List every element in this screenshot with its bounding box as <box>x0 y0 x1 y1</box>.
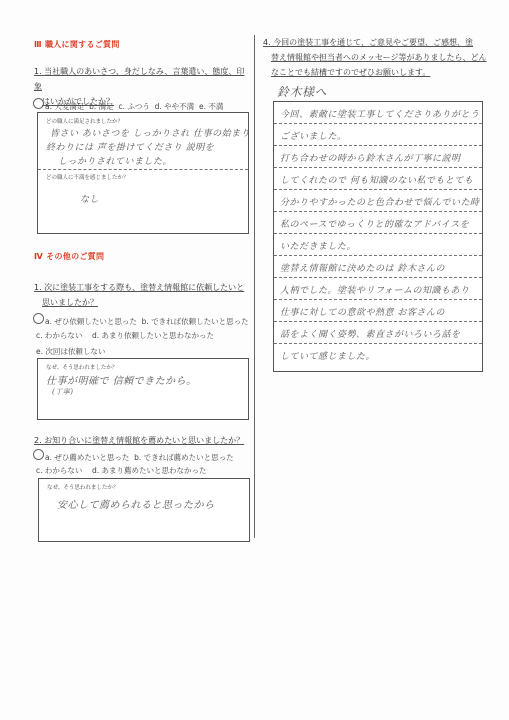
message-line: いただきました。 <box>274 234 482 256</box>
option-d[interactable]: d. あまり依頼したいと思わなかった <box>92 331 214 340</box>
option-a[interactable]: a. ぜひ依頼したいと思った <box>33 317 137 326</box>
question-text: 1. 次に塗装工事をする際も、塗替え情報館に依頼したいと <box>34 280 249 295</box>
reason-answer-line2[interactable]: (丁寧) <box>52 387 73 397</box>
message-line: 今回、素敵に塗装工事してくださりありがとう <box>274 102 482 124</box>
option-e[interactable]: e. 次回は依頼しない <box>36 347 105 356</box>
question-text-cont2: なことでも結構ですのでぜひお願いします。 <box>263 65 495 80</box>
message-line: 仕事に対しての意欲や熱意 お客さんの <box>274 300 482 322</box>
question-text: 1. 当社職人のあいさつ、身だしなみ、言葉遣い、態度、印象 <box>34 64 249 94</box>
question-text: 2. お知り合いに塗替え情報館を薦めたいと思いましたか？ <box>34 433 249 448</box>
dissatisfied-answer[interactable]: なし <box>80 192 99 205</box>
selected-circle-icon <box>33 98 44 109</box>
message-line: 私のペースでゆっくりと的確なアドバイスを <box>274 212 482 234</box>
option-e[interactable]: e. 不満 <box>199 102 223 111</box>
option-b[interactable]: b. できれば薦めたいと思った <box>134 453 234 462</box>
message-line: 人柄でした。塗装やリフォームの知識もあり <box>274 278 482 300</box>
options-4-2-row1: a. ぜひ薦めたいと思った b. できれば薦めたいと思った <box>33 449 234 463</box>
selected-circle-icon <box>33 313 44 324</box>
selected-circle-icon <box>33 449 44 460</box>
message-line: 塗替え情報館に決めたのは 鈴木さんの <box>274 256 482 278</box>
question-4: 4. 今回の塗装工事を通じて、ご意見やご要望、ご感想、塗 替え情報館や担当者への… <box>263 35 495 80</box>
satisfied-label: どの職人に満足されましたか？ <box>46 117 123 125</box>
satisfied-answer-line1[interactable]: 皆さい あいさつを しっかりされ 仕事の始まり <box>50 126 250 139</box>
message-box[interactable]: 今回、素敵に塗装工事してくださりありがとう ございました。 打ち合わせの時から鈴… <box>273 101 483 372</box>
comment-box-4-1: なぜ、そう思われましたか？ 仕事が明確で 信頼できたから。 (丁寧) <box>37 358 249 420</box>
options-4-1-row2: c. わからない d. あまり依頼したいと思わなかった <box>36 330 214 341</box>
message-line: 分かりやすかったのと色合わせで悩んでいた時 <box>274 190 482 212</box>
dissatisfied-label: どの職人に不満を感じましたか？ <box>46 173 129 181</box>
section-3-title: Ⅲ 職人に関するご質問 <box>34 39 120 50</box>
reason-label: なぜ、そう思われましたか？ <box>47 483 118 491</box>
options-4-1-row1: a. ぜひ依頼したいと思った b. できれば依頼したいと思った <box>33 313 249 327</box>
message-line: してくれたので 何も知識のない私でもとても <box>274 168 482 190</box>
option-b[interactable]: b. できれば依頼したいと思った <box>142 317 249 326</box>
dashed-separator <box>38 169 248 170</box>
comment-box-3-1: どの職人に満足されましたか？ 皆さい あいさつを しっかりされ 仕事の始まり 終… <box>37 112 249 234</box>
question-4-2: 2. お知り合いに塗替え情報館を薦めたいと思いましたか？ <box>34 433 249 448</box>
question-4-1: 1. 次に塗装工事をする際も、塗替え情報館に依頼したいと 思いましたか？ <box>34 280 249 310</box>
comment-box-4-2: なぜ、そう思われましたか？ 安心して薦められると思ったから <box>38 478 250 542</box>
message-line: 打ち合わせの時から鈴木さんが丁寧に説明 <box>274 146 482 168</box>
reason-answer[interactable]: 安心して薦められると思ったから <box>57 496 215 511</box>
option-c[interactable]: c. わからない <box>36 466 82 475</box>
option-d[interactable]: d. あまり薦めたいと思わなかった <box>92 466 207 475</box>
options-4-2-row2: c. わからない d. あまり薦めたいと思わなかった <box>36 465 206 476</box>
reason-answer-line1[interactable]: 仕事が明確で 信頼できたから。 <box>46 372 197 387</box>
section-4-title: Ⅳ その他のご質問 <box>34 251 104 262</box>
option-a[interactable]: a. 大変満足 <box>33 102 84 111</box>
message-line: 話をよく聞く姿勢、素直さがいろいろ話を <box>274 322 482 344</box>
addressee: 鈴木様へ <box>277 83 327 100</box>
option-b[interactable]: b. 満足 <box>89 102 114 111</box>
satisfied-answer-line2[interactable]: 終わりには 声を掛けてくださり 説明を <box>46 140 214 153</box>
question-text-cont: 思いましたか？ <box>34 295 249 310</box>
message-line: していて感じました。 <box>274 344 482 365</box>
option-c[interactable]: c. わからない <box>36 331 82 340</box>
option-c[interactable]: c. ふつう <box>118 102 149 111</box>
options-4-1-row3: e. 次回は依頼しない <box>36 346 105 357</box>
option-a[interactable]: a. ぜひ薦めたいと思った <box>33 453 129 462</box>
option-d[interactable]: d. やや不満 <box>155 102 195 111</box>
question-text: 4. 今回の塗装工事を通じて、ご意見やご要望、ご感想、塗 <box>263 35 495 50</box>
options-3-1: a. 大変満足 b. 満足 c. ふつう d. やや不満 e. 不満 <box>33 98 223 112</box>
message-line: ございました。 <box>274 124 482 146</box>
question-text-cont: 替え情報館や担当者へのメッセージ等がありましたら、どん <box>263 50 495 65</box>
column-divider <box>254 35 255 538</box>
satisfied-answer-line3[interactable]: しっかりされていました。 <box>58 154 172 167</box>
reason-label: なぜ、そう思われましたか？ <box>46 363 117 371</box>
